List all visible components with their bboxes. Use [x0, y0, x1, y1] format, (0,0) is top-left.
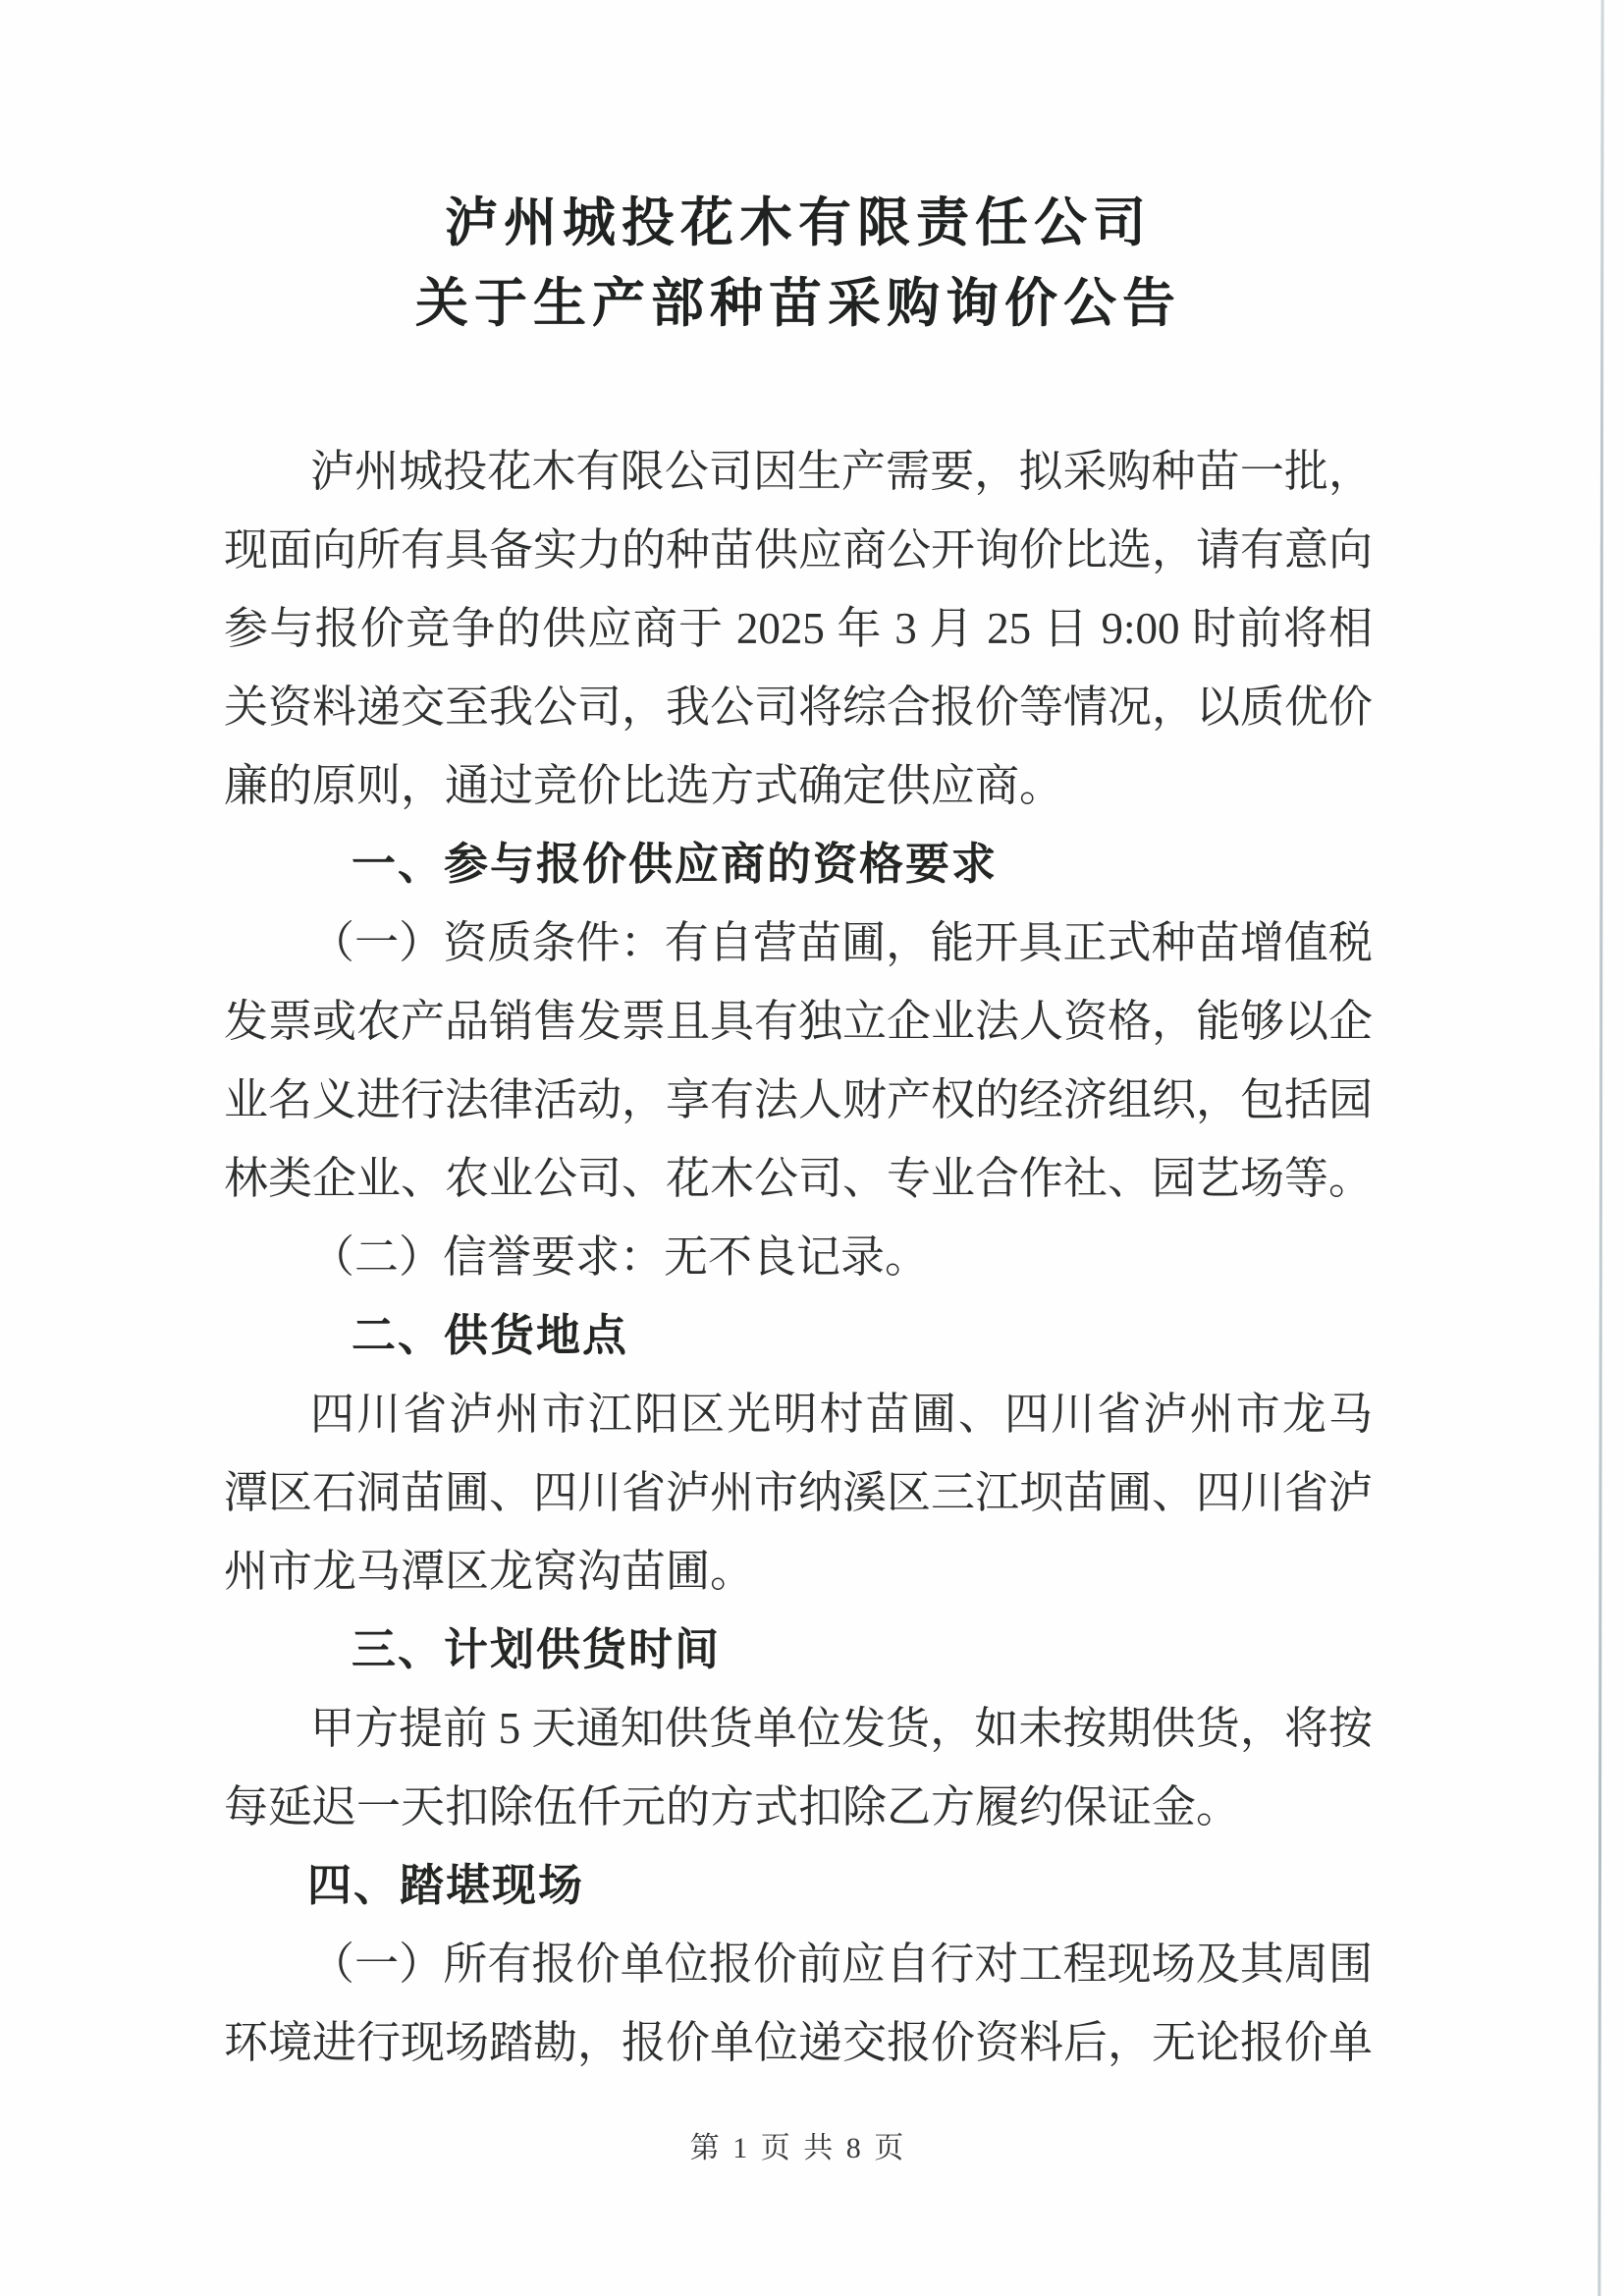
doc-line: 州市龙马潭区龙窝沟苗圃。 [224, 1532, 1373, 1611]
doc-line: （一）资质条件：有自营苗圃，能开具正式种苗增值税 [224, 903, 1373, 982]
doc-line: （一）所有报价单位报价前应自行对工程现场及其周围 [224, 1925, 1373, 2003]
doc-line: 每延迟一天扣除伍仟元的方式扣除乙方履约保证金。 [224, 1768, 1373, 1846]
doc-line: 业名义进行法律活动，享有法人财产权的经济组织，包括园 [224, 1061, 1373, 1139]
section-heading-4: 四、踏堪现场 [224, 1846, 1373, 1925]
doc-line: 参与报价竞争的供应商于 2025 年 3 月 25 日 9:00 时前将相 [224, 589, 1373, 668]
doc-line: 环境进行现场踏勘，报价单位递交报价资料后，无论报价单 [224, 2003, 1373, 2082]
section-heading-3: 三、计划供货时间 [224, 1611, 1373, 1689]
doc-line: 潭区石洞苗圃、四川省泸州市纳溪区三江坝苗圃、四川省泸 [224, 1453, 1373, 1532]
doc-line: 甲方提前 5 天通知供货单位发货，如未按期供货，将按 [224, 1689, 1373, 1768]
document-title-line-2: 关于生产部种苗采购询价公告 [224, 263, 1373, 344]
doc-line: 四川省泸州市江阳区光明村苗圃、四川省泸州市龙马 [224, 1375, 1373, 1453]
doc-line: 廉的原则，通过竞价比选方式确定供应商。 [224, 746, 1373, 825]
doc-line: 发票或农产品销售发票且具有独立企业法人资格，能够以企 [224, 982, 1373, 1061]
scan-artifact-vertical-line [1597, 0, 1603, 2296]
doc-line: 林类企业、农业公司、花木公司、专业合作社、园艺场等。 [224, 1139, 1373, 1218]
section-heading-1: 一、参与报价供应商的资格要求 [224, 825, 1373, 903]
doc-line: 关资料递交至我公司，我公司将综合报价等情况，以质优价 [224, 668, 1373, 746]
section-heading-2: 二、供货地点 [224, 1296, 1373, 1375]
document-body: 泸州城投花木有限公司因生产需要，拟采购种苗一批， 现面向所有具备实力的种苗供应商… [224, 432, 1373, 2082]
page-footer: 第 1 页 共 8 页 [224, 2129, 1373, 2168]
doc-line: 现面向所有具备实力的种苗供应商公开询价比选，请有意向 [224, 511, 1373, 589]
doc-line: 泸州城投花木有限公司因生产需要，拟采购种苗一批， [224, 432, 1373, 511]
scanned-document-page: 泸州城投花木有限责任公司 关于生产部种苗采购询价公告 泸州城投花木有限公司因生产… [0, 0, 1623, 2296]
doc-line: （二）信誉要求：无不良记录。 [224, 1218, 1373, 1296]
document-title: 泸州城投花木有限责任公司 关于生产部种苗采购询价公告 [224, 183, 1373, 344]
document-title-line-1: 泸州城投花木有限责任公司 [224, 183, 1373, 263]
